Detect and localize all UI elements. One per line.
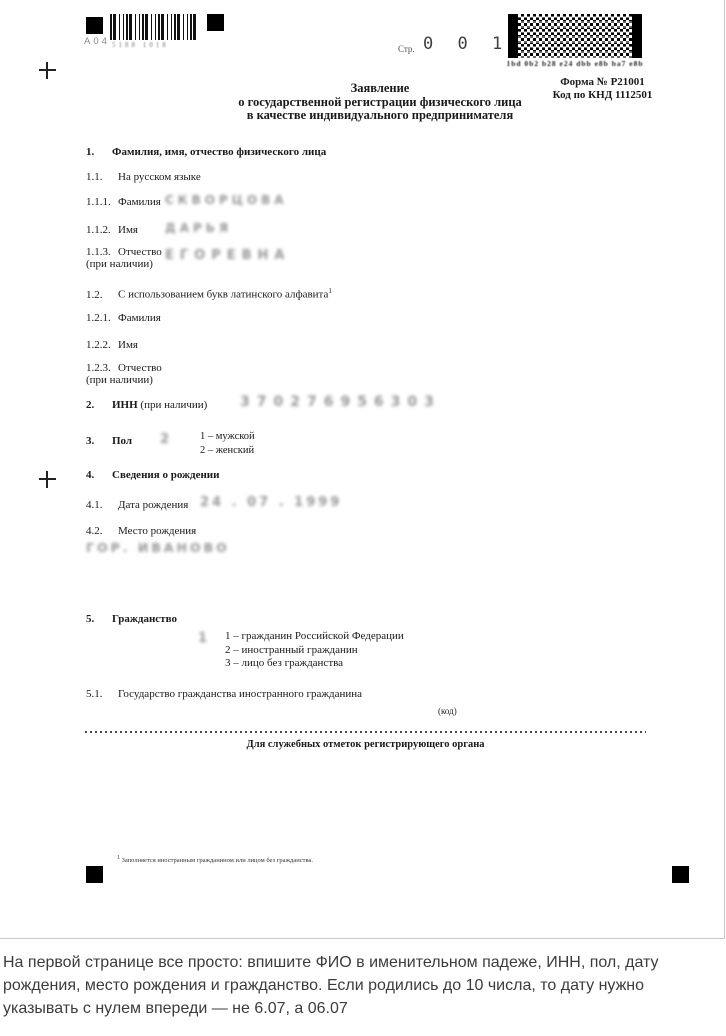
registration-square-bottom-right [672,866,689,883]
document-title: Заявление о государственной регистрации … [180,82,580,123]
section-4-birth: 4.Сведения о рождении [86,469,219,481]
service-marks-heading: Для служебных отметок регистрирующего ор… [85,739,646,750]
field-1-2-1-surname-lat: 1.2.1.Фамилия [86,312,161,324]
citizenship-option-stateless: 3 – лицо без гражданства [225,657,404,671]
barcode-2d-digits: 1bd 0b2 b28 e24 dbb e8b ba7 e8b [505,59,645,68]
title-line-2: о государственной регистрации физическог… [180,96,580,110]
footnote: 1 Заполняется иностранным гражданином ил… [117,855,313,864]
section-2-inn: 2.ИНН (при наличии) [86,399,207,411]
patronymic-ru-value-redacted: ЕГОРЕВНА [165,248,290,263]
registration-cross-middle [39,471,56,488]
surname-ru-value-redacted: СКВОРЦОВА [165,193,288,207]
gender-options: 1 – мужской 2 – женский [200,430,255,457]
field-5-1-foreign-state: 5.1.Государство гражданства иностранного… [86,688,362,700]
field-1-2-3-patronymic-lat: 1.2.3.Отчество [86,362,162,374]
field-4-1-birthdate: 4.1.Дата рождения [86,499,188,511]
barcode-1d [110,14,196,40]
registration-square-top-left-2 [207,14,224,31]
registration-square-top-left [86,17,103,34]
citizenship-option-foreign: 2 – иностранный гражданин [225,644,404,658]
field-1-2-3-note: (при наличии) [86,374,153,386]
citizenship-options: 1 – гражданин Российской Федерации 2 – и… [225,630,404,671]
footnote-ref: 1 [328,287,332,295]
title-line-3: в качестве индивидуального предпринимате… [180,109,580,123]
footnote-text: Заполняется иностранным гражданином или … [122,857,313,864]
footnote-number: 1 [117,855,120,861]
field-1-1-3-note: (при наличии) [86,258,153,270]
field-1-1-2-name-ru: 1.1.2.Имя [86,224,138,236]
name-ru-value-redacted: ДАРЬЯ [165,221,232,235]
dotted-separator [85,731,646,733]
section-5-citizenship: 5.Гражданство [86,613,177,625]
field-1-2-2-name-lat: 1.2.2.Имя [86,339,138,351]
page-label: Стр. [398,44,415,54]
barcode-2d [508,14,642,58]
corner-code: A04 [84,36,110,47]
barcode-2d-pattern [518,14,632,58]
birthplace-value-redacted: ГОР. ИВАНОВО [86,540,230,555]
page-number: 0 0 1 [423,34,509,54]
gender-option-female: 2 – женский [200,444,255,458]
inn-note: (при наличии) [140,399,207,411]
citizenship-option-rf: 1 – гражданин Российской Федерации [225,630,404,644]
article-caption: На первой странице все просто: впишите Ф… [0,951,726,1020]
section-3-gender: 3.Пол [86,435,132,447]
title-line-1: Заявление [180,82,580,96]
registration-square-bottom-left [86,866,103,883]
registration-cross-top [39,62,56,79]
form-page: A04 5188 1018 Стр. 0 0 1 1bd 0b2 b28 e24… [0,0,725,939]
field-1-1-1-surname-ru: 1.1.1.Фамилия [86,196,161,208]
citizenship-value-redacted: 1 [198,631,207,646]
field-1-1-3-patronymic-ru: 1.1.3.Отчество [86,246,162,258]
gender-value-redacted: 2 [160,432,169,447]
barcode-1d-digits: 5188 1018 [112,41,169,49]
inn-value-redacted: 370276956303 [240,394,441,410]
section-1-heading: 1.Фамилия, имя, отчество физического лиц… [86,146,326,158]
code-hint: (код) [438,706,457,716]
gender-option-male: 1 – мужской [200,430,255,444]
field-1-2: 1.2.С использованием букв латинского алф… [86,287,332,301]
birthdate-value-redacted: 24 . 07 . 1999 [200,495,342,510]
field-4-2-birthplace: 4.2.Место рождения [86,525,196,537]
field-1-1: 1.1.На русском языке [86,171,201,183]
